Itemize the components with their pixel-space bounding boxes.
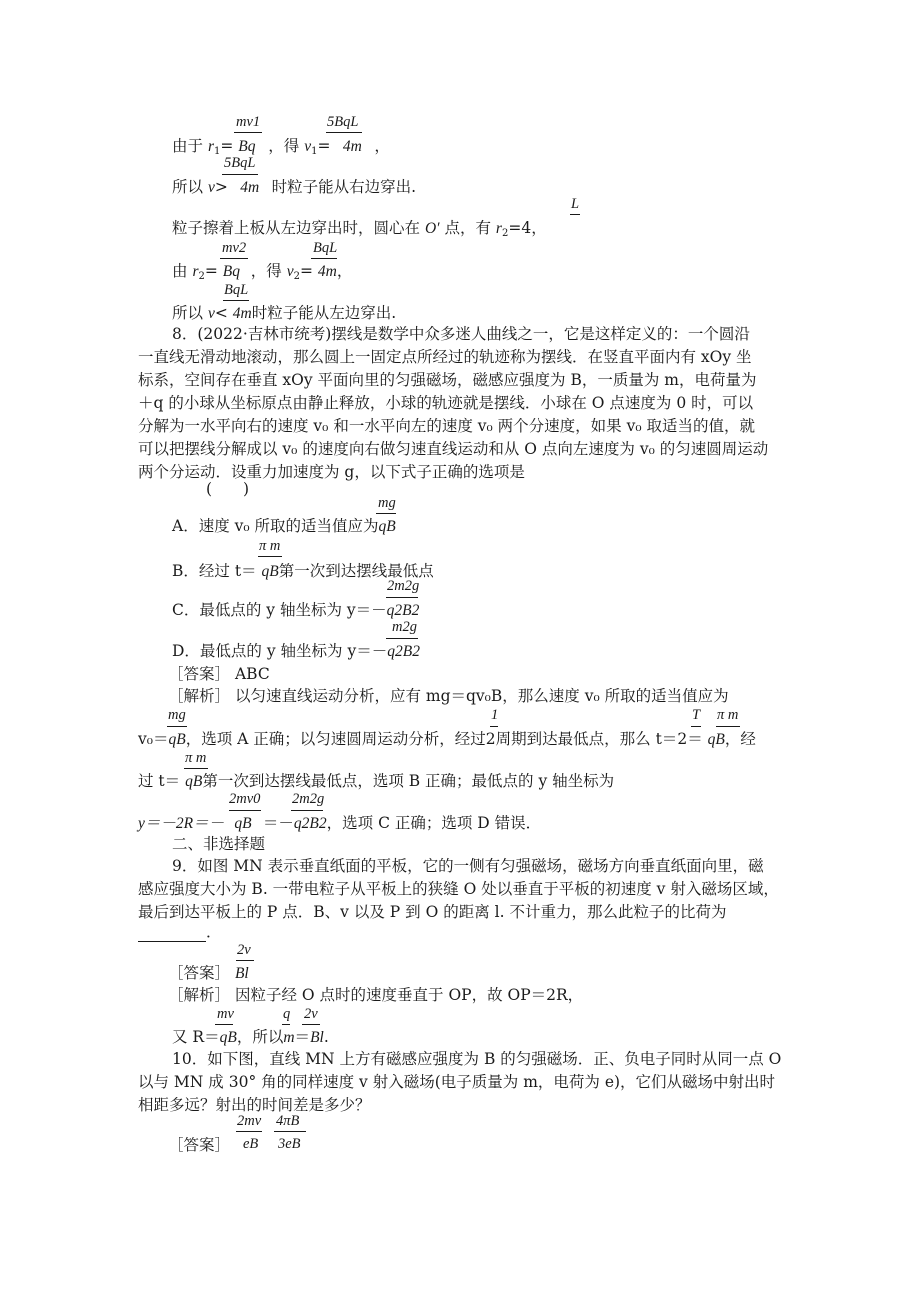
text: 由 (172, 262, 192, 280)
fraction-bar (223, 300, 249, 301)
text: ，所以 (237, 1028, 284, 1046)
fraction-bar (291, 810, 323, 811)
option-c: C．最低点的 y 轴坐标为 y＝－q2B2 (172, 600, 419, 621)
var: v (208, 179, 215, 196)
fraction-denominator: q2B2 (387, 643, 420, 660)
option-d: D．最低点的 y 轴坐标为 y＝－q2B2 (172, 641, 420, 662)
text: . (324, 1028, 329, 1046)
document-page: mv1 5BqL 由于 r1= Bq，得 v1= 4m ， 5BqL 所以 v>… (0, 0, 920, 1302)
text: ，得 (268, 137, 304, 155)
analysis-line: v₀＝qB，选项 A 正确；以匀速圆周运动分析，经过2周期到达最低点，那么 t＝… (138, 729, 756, 750)
fraction-bar (229, 810, 261, 811)
text: ， (369, 137, 389, 155)
analysis-line: y＝－2R＝－ qB ＝－q2B2，选项 C 正确；选项 D 错误． (138, 813, 541, 834)
fraction-numerator: 5BqL (327, 114, 358, 131)
fraction-bar (274, 1131, 306, 1132)
text: = (220, 137, 238, 155)
fraction-denominator: 4m (233, 178, 267, 198)
answer-label: ［答案］ (168, 964, 230, 982)
text: v₀＝ (138, 730, 168, 748)
text: 由于 (172, 137, 208, 155)
fraction-bar (490, 726, 498, 727)
fraction-numerator: π m (185, 750, 206, 767)
question-8-line: ＋q 的小球从坐标原点由静止释放，小球的轨迹就是摆线．小球在 O 点速度为 0 … (138, 393, 753, 413)
fraction-denominator: eB (243, 1136, 258, 1153)
option-label: A．速度 v₀ 所取的适当值应为 (172, 517, 379, 535)
fraction-bar (222, 174, 258, 175)
analysis-line: ［解析］ 因粒子经 O 点时的速度垂直于 OP，故 OP＝2R， (168, 985, 583, 1005)
fraction-denominator: qB (261, 563, 278, 580)
fraction-denominator: Bq (223, 262, 251, 282)
answer-line: ［答案］ Bl (168, 963, 249, 984)
text-line: 由于 r1= Bq，得 v1= 4m ， (172, 136, 390, 162)
text: 过 t＝ (138, 772, 185, 790)
fraction-denominator: q2B2 (294, 815, 327, 832)
fraction-numerator: 5BqL (224, 155, 255, 172)
fraction-denominator: 4m (233, 305, 252, 322)
fraction-denominator: qB (185, 773, 202, 790)
text: = (205, 262, 223, 280)
text: ＝－ (258, 814, 294, 832)
section-title: 二、非选择题 (172, 834, 265, 854)
fraction-bar (236, 1131, 262, 1132)
fraction-numerator: 1 (491, 707, 498, 724)
fraction-denominator: qB (220, 1029, 237, 1046)
fraction-bar (234, 132, 262, 133)
fraction-bar (716, 726, 740, 727)
fraction-bar (691, 726, 701, 727)
text: 时粒子能从左边穿出. (252, 304, 396, 322)
text: < (215, 304, 233, 322)
var: O′ (425, 220, 440, 237)
text: 以匀速直线运动分析，应有 mg＝qv₀B，那么速度 v₀ 所取的适当值应为 (235, 687, 729, 705)
fraction-numerator: 2m2g (387, 578, 419, 595)
text-line: 由 r2= Bq，得 v2= 4m， (172, 261, 352, 287)
answer-blank-line: ． (138, 922, 222, 942)
analysis-label: ［解析］ (168, 687, 230, 705)
fraction-bar (220, 258, 248, 259)
fraction-denominator: 3eB (278, 1136, 301, 1153)
fraction-numerator: T (692, 707, 700, 724)
analysis-line: ［解析］ 以匀速直线运动分析，应有 mg＝qv₀B，那么速度 v₀ 所取的适当值… (168, 686, 729, 706)
answer-parentheses: ( ) (206, 479, 249, 499)
answer-value: ABC (235, 665, 270, 683)
fraction-numerator: mg (378, 495, 396, 512)
fraction-denominator: q2B2 (387, 602, 420, 619)
fraction-numerator: m2g (392, 619, 417, 636)
text-line: 所以 v< 4m时粒子能从左边穿出. (172, 303, 396, 324)
fraction-denominator: 4m (335, 137, 369, 157)
question-8-line: 分解为一水平向右的速度 v₀ 和一水平向左的速度 v₀ 两个分速度，如果 v₀ … (138, 416, 755, 436)
text: 点，有 (440, 219, 496, 237)
var: v (208, 305, 215, 322)
fraction-numerator: 2m2g (292, 791, 324, 808)
fraction-denominator: 2 (677, 730, 687, 748)
fraction-denominator: Bl (235, 965, 249, 982)
fraction-denominator: 4m (318, 263, 337, 280)
text-line: 所以 v> 4m 时粒子能从右边穿出. (172, 177, 416, 198)
text: 所以 (172, 304, 208, 322)
fraction-numerator: BqL (224, 282, 248, 299)
analysis-line: 过 t＝ qB第一次到达摆线最低点，选项 B 正确；最低点的 y 轴坐标为 (138, 771, 614, 792)
fraction-denominator: m (283, 1029, 294, 1046)
fraction-bar (386, 597, 418, 598)
fraction-numerator: 2v (304, 1006, 318, 1023)
question-8-line: 标系，空间存在垂直 xOy 平面向里的匀强磁场，磁感应强度为 B，一质量为 m，… (138, 370, 757, 390)
text: = (300, 262, 318, 280)
text: > (215, 178, 233, 196)
fraction-numerator: BqL (313, 240, 337, 257)
question-10-line: 相距多远？射出的时间差是多少？ (138, 1095, 371, 1115)
question-8-line: 8．(2022·吉林市统考)摆线是数学中众多迷人曲线之一，它是这样定义的：一个圆… (172, 324, 750, 344)
fraction-numerator: 2mv (237, 1113, 261, 1130)
fraction-denominator: Bq (238, 137, 268, 157)
text: 所以 (172, 178, 208, 196)
question-10-line: 以与 MN 成 30° 角的同样速度 v 射入磁场(电子质量为 m，电荷为 e)… (138, 1072, 775, 1092)
fraction-numerator: 2mv0 (229, 791, 260, 808)
option-a: A．速度 v₀ 所取的适当值应为qB (172, 516, 396, 537)
fraction-bar (215, 1024, 233, 1025)
text: 周期到达最低点，那么 t＝ (496, 730, 678, 748)
fraction-denominator: qB (708, 731, 725, 748)
text: 时粒子能从右边穿出. (267, 178, 416, 196)
text: = (317, 137, 335, 155)
fraction-numerator: 4πB (276, 1113, 299, 1130)
fraction-bar (386, 638, 418, 639)
text: ． (206, 923, 222, 941)
text: ＝ (687, 730, 707, 748)
option-label: B．经过 t＝ (172, 562, 261, 580)
text: ，选项 C 正确；选项 D 错误． (327, 814, 542, 832)
text: ， (337, 262, 353, 280)
question-9-line: 感应强度大小为 B. 一带电粒子从平板上的狭缝 O 处以垂直于平板的初速度 v … (138, 879, 779, 899)
fraction-denominator: qB (168, 731, 185, 748)
text: 因粒子经 O 点时的速度垂直于 OP，故 OP＝2R， (235, 986, 583, 1004)
answer-line: ［答案］ ABC (168, 664, 270, 684)
var: v (287, 263, 294, 280)
fraction-numerator: mv2 (222, 240, 246, 257)
question-8-line: 可以把摆线分解成以 v₀ 的速度向右做匀速直线运动和从 O 点向左速度为 v₀ … (138, 439, 768, 459)
question-8-line: 两个分运动．设重力加速度为 g，以下式子正确的选项是 (138, 462, 525, 482)
fraction-bar (570, 214, 580, 215)
option-label: D．最低点的 y 轴坐标为 y＝－ (172, 642, 387, 660)
fraction-bar (167, 726, 187, 727)
text: ， (531, 219, 547, 237)
answer-label: ［答案］ (168, 665, 230, 683)
text: y＝－2R＝－ (138, 815, 228, 832)
fraction-bar (258, 556, 282, 557)
answer-blank (138, 927, 206, 942)
fraction-numerator: π m (259, 538, 280, 555)
fraction-bar (236, 960, 254, 961)
answer-label: ［答案］ (168, 1136, 230, 1154)
fraction-bar (311, 258, 337, 259)
question-9-line: 9．如图 MN 表示垂直纸面的平板，它的一侧有匀强磁场，磁场方向垂直纸面向里，磁 (172, 856, 764, 876)
question-9-line: 最后到达平板上的 P 点．B、v 以及 P 到 O 的距离 l. 不计重力，那么… (138, 902, 726, 922)
fraction-numerator: L (571, 196, 579, 213)
answer-line: ［答案］ (168, 1135, 230, 1155)
fraction-numerator: q (283, 1006, 290, 1023)
option-label: C．最低点的 y 轴坐标为 y＝－ (172, 601, 387, 619)
fraction-denominator: 2 (486, 730, 496, 748)
fraction-denominator: qB (379, 518, 396, 535)
text: ，得 (251, 262, 287, 280)
text: 第一次到达摆线最低点，选项 B 正确；最低点的 y 轴坐标为 (202, 772, 614, 790)
text: ，选项 A 正确；以匀速圆周运动分析，经过 (186, 730, 486, 748)
fraction-numerator: π m (717, 707, 738, 724)
question-8-line: 一直线无滑动地滚动，那么圆上一固定点所经过的轨迹称为摆线．在竖直平面内有 xOy… (138, 347, 752, 367)
fraction-numerator: mv (217, 1006, 234, 1023)
analysis-line: 又 R＝qB，所以m＝Bl. (172, 1027, 329, 1048)
text: 粒子擦着上板从左边穿出时，圆心在 (172, 219, 425, 237)
text: ，经 (725, 730, 756, 748)
fraction-bar (302, 1024, 320, 1025)
fraction-bar (184, 768, 208, 769)
fraction-numerator: mv1 (236, 114, 260, 131)
text: 又 R＝ (172, 1028, 220, 1046)
fraction-bar (376, 513, 396, 514)
fraction-bar (282, 1024, 290, 1025)
fraction-numerator: 2v (237, 942, 251, 959)
analysis-label: ［解析］ (168, 986, 230, 1004)
text: = (508, 219, 521, 237)
text: ＝ (295, 1028, 311, 1046)
fraction-denominator: qB (228, 814, 258, 834)
question-10-line: 10．如下图，直线 MN 上方有磁感应强度为 B 的匀强磁场．正、负电子同时从同… (172, 1049, 781, 1069)
fraction-denominator: 4 (521, 219, 531, 237)
fraction-denominator: Bl (310, 1029, 324, 1046)
fraction-bar (326, 132, 362, 133)
fraction-numerator: mg (168, 707, 186, 724)
